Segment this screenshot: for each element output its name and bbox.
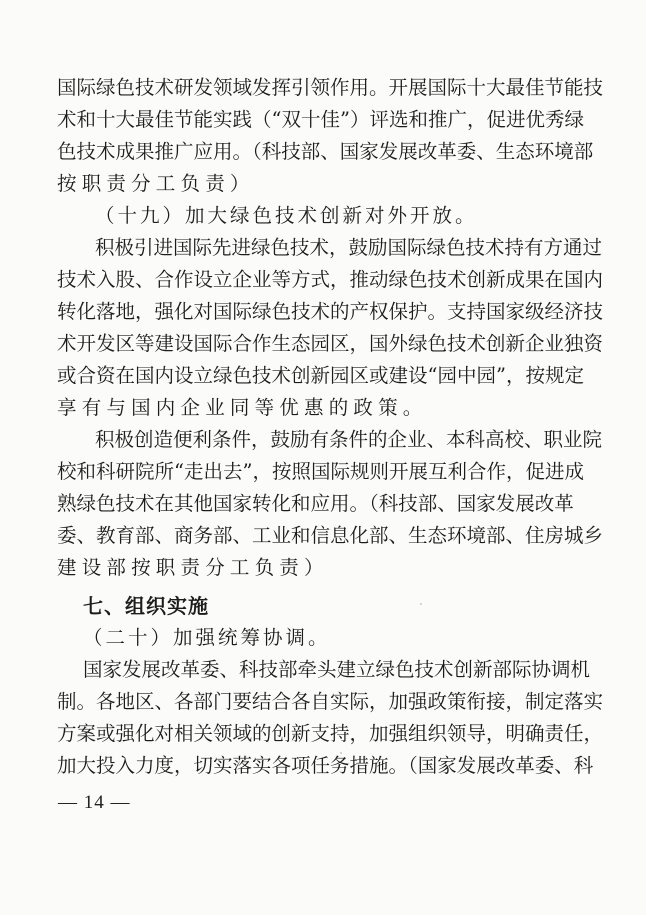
paragraph-line: 术开发区等建设国际合作生态园区，国外绿色技术创新企业独资 [57,328,531,360]
scan-speck [560,82,562,84]
paragraph-line: 术和十大最佳节能实践（“双十佳”）评选和推广，促进优秀绿 [57,104,531,136]
paragraph-line: 方案或强化对相关领域的创新支持，加强组织领导，明确责任， [57,718,531,750]
scan-speck [296,430,298,432]
paragraph-line: 或合资在国内设立绿色技术创新园区或建设“园中园”，按规定 [57,360,531,392]
paragraph-line: 色技术成果推广应用。（科技部、国家发展改革委、生态环境部 [57,136,531,168]
paragraph-line: 技术入股、合作设立企业等方式，推动绿色技术创新成果在国内 [57,264,531,296]
section-title-7: 七、组织实施 [83,590,383,622]
paragraph-line: 校和科研院所“走出去”，按照国际规则开展互利合作，促进成 [57,456,531,488]
paragraph-line: 制。各地区、各部门要结合各自实际，加强政策衔接，制定落实 [57,686,531,718]
subsection-title-20: （二十）加强统筹协调。 [83,622,531,654]
scan-speck [340,752,342,754]
scan-speck [420,603,422,605]
paragraph-line: 享有与国内企业同等优惠的政策。 [57,392,531,424]
paragraph-line: 委、教育部、商务部、工业和信息化部、生态环境部、住房城乡 [57,520,531,552]
paragraph-line: 积极创造便利条件，鼓励有条件的企业、本科高校、职业院 [95,424,531,456]
subsection-title-19: （十九）加大绿色技术创新对外开放。 [95,200,531,232]
paragraph-line: 加大投入力度，切实落实各项任务措施。（国家发展改革委、科 [57,750,531,782]
paragraph-line: 积极引进国际先进绿色技术，鼓励国际绿色技术持有方通过 [95,232,531,264]
paragraph-line: 国家发展改革委、科技部牵头建立绿色技术创新部际协调机 [83,654,531,686]
paragraph-line: 建设部按职责分工负责） [57,552,531,584]
paragraph-line: 国际绿色技术研发领域发挥引领作用。开展国际十大最佳节能技 [57,72,531,104]
page-number: — 14 — [58,792,131,814]
paragraph-line: 按职责分工负责） [57,168,531,200]
paragraph-line: 熟绿色技术在其他国家转化和应用。（科技部、国家发展改革 [57,488,531,520]
document-page: 国际绿色技术研发领域发挥引领作用。开展国际十大最佳节能技 术和十大最佳节能实践（… [0,0,646,915]
paragraph-line: 转化落地，强化对国际绿色技术的产权保护。支持国家级经济技 [57,296,531,328]
